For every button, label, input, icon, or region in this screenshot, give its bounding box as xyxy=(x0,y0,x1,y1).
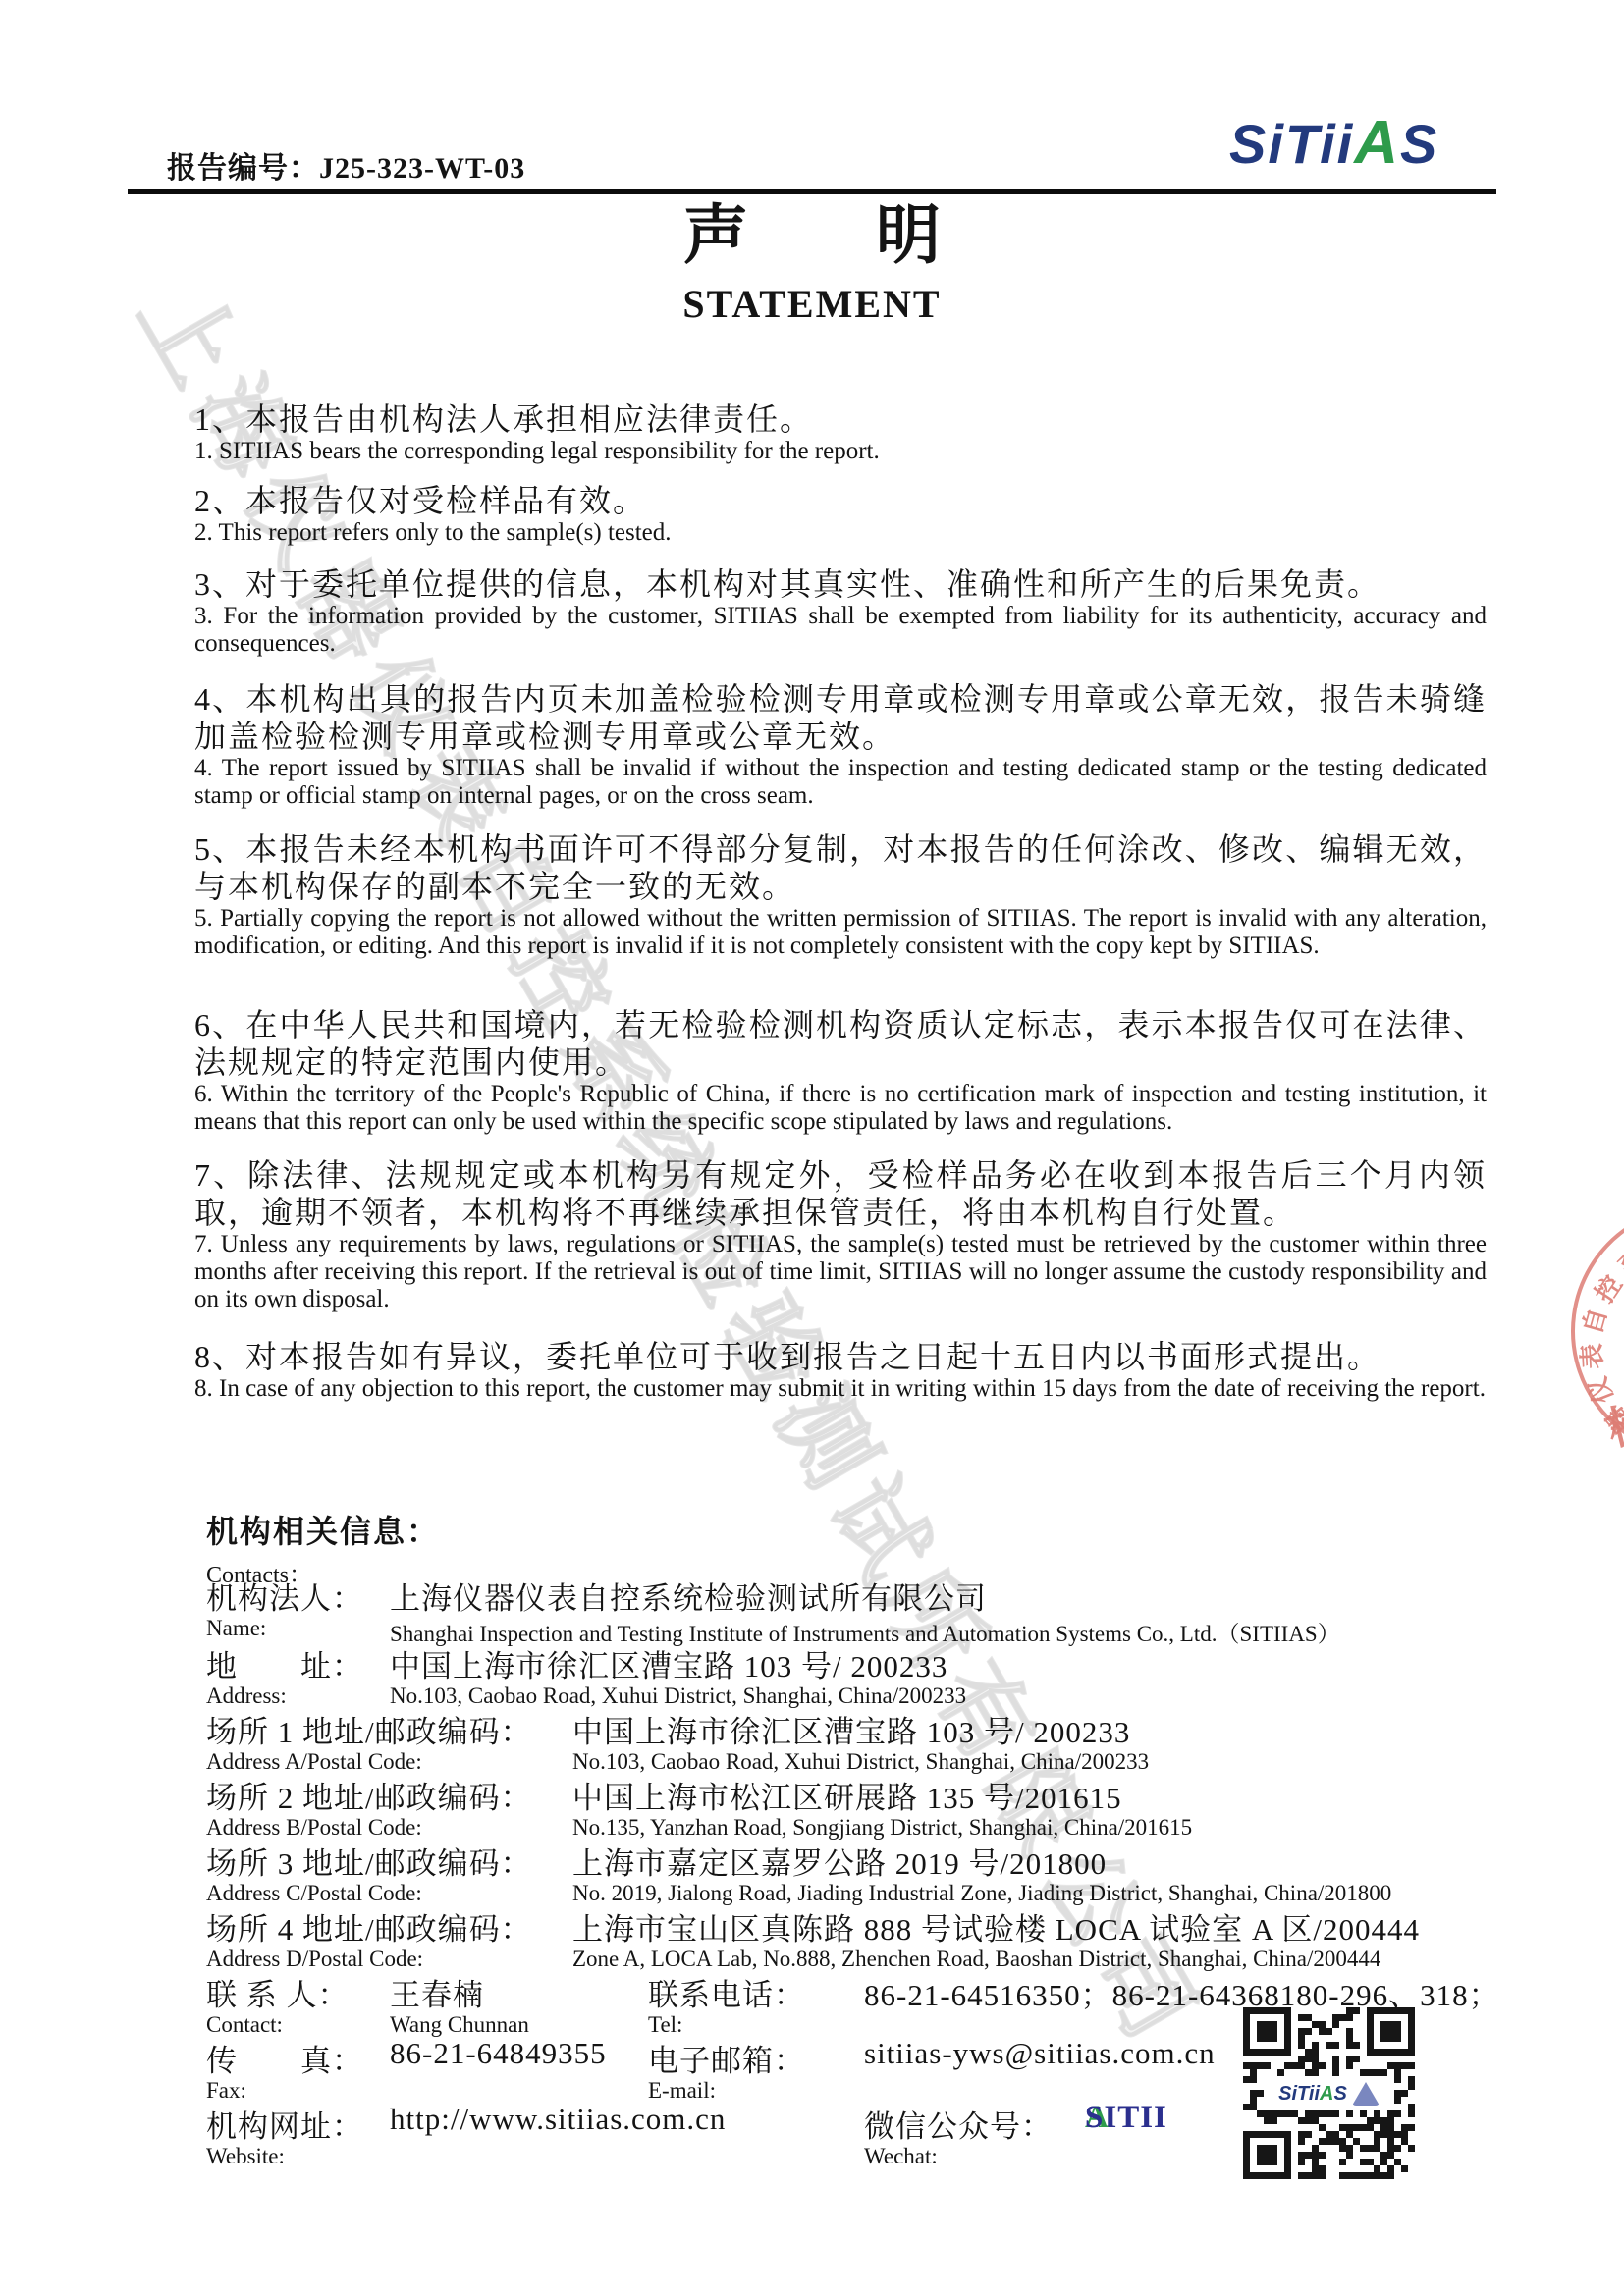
row-label: Name: xyxy=(206,1616,266,1641)
qr-finder-topright xyxy=(1367,2007,1415,2056)
row-value: 上海市嘉定区嘉罗公路 2019 号/201800 xyxy=(572,1839,1107,1883)
report-number: 报告编号：J25-323-WT-03 xyxy=(167,143,525,187)
statement-cn: 4、本机构出具的报告内页未加盖检验检测专用章或检测专用章或公章无效，报告未骑缝加… xyxy=(194,680,1487,755)
statement-en: 6. Within the territory of the People's … xyxy=(194,1081,1487,1136)
qr-logo-text: SiTiiAS xyxy=(1278,2083,1347,2106)
logo-text-pre: SiTii xyxy=(1229,113,1354,175)
contact-row-site4-cn: 场所 4 地址/邮政编码： 上海市宝山区真陈路 888 号试验楼 LOCA 试验… xyxy=(0,1904,1624,1946)
email-value: sitiias-yws@sitiias.com.cn xyxy=(864,2036,1216,2071)
statement-en: 7. Unless any requirements by laws, regu… xyxy=(194,1231,1487,1313)
page-title-en: STATEMENT xyxy=(0,281,1624,327)
statement-cn: 6、在中华人民共和国境内，若无检验检测机构资质认定标志，表示本报告仅可在法律、法… xyxy=(194,1006,1487,1081)
tel-label: 联系电话： xyxy=(648,1970,805,2014)
contact-row-site3-cn: 场所 3 地址/邮政编码： 上海市嘉定区嘉罗公路 2019 号/201800 xyxy=(0,1839,1624,1880)
statement-item-2: 2、本报告仅对受检样品有效。 2. This report refers onl… xyxy=(194,482,1487,547)
website-value: http://www.sitiias.com.cn xyxy=(390,2102,726,2137)
statement-item-1: 1、本报告由机构法人承担相应法律责任。 1. SITIIAS bears the… xyxy=(194,400,1487,465)
row-label: 机构法人： xyxy=(206,1574,363,1618)
red-seal-stamp: 上海仪器仪表自控系统检验测试所有限公司 检 xyxy=(1557,1164,1624,1502)
qr-finder-bottomleft xyxy=(1243,2131,1291,2179)
row-label: 场所 1 地址/邮政编码： xyxy=(206,1707,532,1751)
statement-en: 5. Partially copying the report is not a… xyxy=(194,905,1487,960)
row-label: 传 真： xyxy=(206,2036,363,2080)
statement-item-6: 6、在中华人民共和国境内，若无检验检测机构资质认定标志，表示本报告仅可在法律、法… xyxy=(194,1006,1487,1136)
contact-row-person-cn: 联 系 人： 王春楠 联系电话： 86-21-64516350；86-21-64… xyxy=(0,1970,1624,2011)
row-label: Contact: xyxy=(206,2012,283,2038)
row-value: 上海仪器仪表自控系统检验测试所有限公司 xyxy=(390,1574,987,1618)
email-label-en: E-mail: xyxy=(648,2078,716,2104)
logo-letter-a: A xyxy=(1354,109,1400,177)
row-label: 场所 3 地址/邮政编码： xyxy=(206,1839,532,1883)
row-value: 中国上海市松江区研展路 135 号/201615 xyxy=(572,1773,1122,1817)
row-value: Wang Chunnan xyxy=(390,2012,529,2038)
row-label: Address D/Postal Code: xyxy=(206,1947,423,1972)
tel-label-en: Tel: xyxy=(648,2012,682,2038)
row-value: No.103, Caobao Road, Xuhui District, Sha… xyxy=(390,1683,966,1709)
row-label: Address A/Postal Code: xyxy=(206,1749,422,1775)
report-number-value: J25-323-WT-03 xyxy=(319,152,525,185)
contact-row-site2-cn: 场所 2 地址/邮政编码： 中国上海市松江区研展路 135 号/201615 xyxy=(0,1773,1624,1814)
statement-en: 1. SITIIAS bears the corresponding legal… xyxy=(194,438,1487,465)
header-divider xyxy=(128,189,1496,194)
row-value: 中国上海市徐汇区漕宝路 103 号/ 200233 xyxy=(390,1641,947,1685)
report-number-label: 报告编号： xyxy=(167,152,319,185)
row-label: 地 址： xyxy=(206,1641,363,1685)
statement-page: 上海仪器仪表自控系统检验测试所有限公司 报告编号：J25-323-WT-03 S… xyxy=(0,0,1624,2296)
logo-text-post: S xyxy=(1400,113,1438,175)
page-title-cn: 声明 xyxy=(0,200,1624,269)
row-label: 场所 4 地址/邮政编码： xyxy=(206,1904,532,1949)
title-char-left: 声 xyxy=(683,198,748,271)
row-label: Address: xyxy=(206,1683,287,1709)
statement-en: 3. For the information provided by the c… xyxy=(194,603,1487,658)
row-label: Website: xyxy=(206,2144,285,2169)
wechat-qr-code: SiTiiAS xyxy=(1243,2007,1415,2179)
qr-finder-topleft xyxy=(1243,2007,1291,2056)
contacts-heading-cn: 机构相关信息： xyxy=(206,1507,440,1552)
statement-item-8: 8、对本报告如有异议，委托单位可于收到报告之日起十五日内以书面形式提出。 8. … xyxy=(194,1338,1487,1403)
qr-center-logo: SiTiiAS xyxy=(1265,2074,1393,2113)
statement-item-5: 5、本报告未经本机构书面许可不得部分复制，对本报告的任何涂改、修改、编辑无效，与… xyxy=(194,830,1487,960)
statement-cn: 3、对于委托单位提供的信息，本机构对其真实性、准确性和所产生的后果免责。 xyxy=(194,565,1487,603)
row-value: Zone A, LOCA Lab, No.888, Zhenchen Road,… xyxy=(572,1947,1380,1972)
statement-cn: 2、本报告仅对受检样品有效。 xyxy=(194,482,1487,519)
row-label: 场所 2 地址/邮政编码： xyxy=(206,1773,532,1817)
statement-item-3: 3、对于委托单位提供的信息，本机构对其真实性、准确性和所产生的后果免责。 3. … xyxy=(194,565,1487,658)
statement-cn: 7、除法律、法规规定或本机构另有规定外，受检样品务必在收到本报告后三个月内领取，… xyxy=(194,1156,1487,1231)
row-label: Fax: xyxy=(206,2078,246,2104)
statement-cn: 8、对本报告如有异议，委托单位可于收到报告之日起十五日内以书面形式提出。 xyxy=(194,1338,1487,1375)
row-label: 机构网址： xyxy=(206,2102,363,2146)
statement-en: 8. In case of any objection to this repo… xyxy=(194,1375,1487,1403)
row-value: 86-21-64849355 xyxy=(390,2036,607,2071)
row-value: 王春楠 xyxy=(390,1970,484,2014)
seal-inner-char: 检 xyxy=(1602,1396,1624,1456)
statement-item-7: 7、除法律、法规规定或本机构另有规定外，受检样品务必在收到本报告后三个月内领取，… xyxy=(194,1156,1487,1313)
contact-row-site1-cn: 场所 1 地址/邮政编码： 中国上海市徐汇区漕宝路 103 号/ 200233 xyxy=(0,1707,1624,1748)
row-value: 上海市宝山区真陈路 888 号试验楼 LOCA 试验室 A 区/200444 xyxy=(572,1904,1420,1949)
wechat-label: 微信公众号： xyxy=(864,2102,1053,2146)
statement-cn: 5、本报告未经本机构书面许可不得部分复制，对本报告的任何涂改、修改、编辑无效，与… xyxy=(194,830,1487,905)
row-value: No.103, Caobao Road, Xuhui District, Sha… xyxy=(572,1749,1149,1775)
row-label: Address B/Postal Code: xyxy=(206,1815,422,1841)
statement-en: 2. This report refers only to the sample… xyxy=(194,519,1487,547)
contact-row-name-cn: 机构法人： 上海仪器仪表自控系统检验测试所有限公司 xyxy=(0,1574,1624,1615)
statement-item-4: 4、本机构出具的报告内页未加盖检验检测专用章或检测专用章或公章无效，报告未骑缝加… xyxy=(194,680,1487,810)
sitiias-logo: SiTiiAS xyxy=(1229,114,1438,174)
row-value: 中国上海市徐汇区漕宝路 103 号/ 200233 xyxy=(572,1707,1130,1751)
row-value: No.135, Yanzhan Road, Songjiang District… xyxy=(572,1815,1192,1841)
row-value: No. 2019, Jialong Road, Jiading Industri… xyxy=(572,1881,1391,1906)
wechat-label-en: Wechat: xyxy=(864,2144,938,2169)
email-label: 电子邮箱： xyxy=(648,2036,805,2080)
statement-en: 4. The report issued by SITIIAS shall be… xyxy=(194,755,1487,810)
nepsi-badge-icon xyxy=(1352,2082,1380,2106)
row-label: Address C/Postal Code: xyxy=(206,1881,422,1906)
statement-cn: 1、本报告由机构法人承担相应法律责任。 xyxy=(194,400,1487,438)
title-char-right: 明 xyxy=(876,198,941,271)
contact-row-address-cn: 地 址： 中国上海市徐汇区漕宝路 103 号/ 200233 xyxy=(0,1641,1624,1682)
row-label: 联 系 人： xyxy=(206,1970,350,2014)
wechat-brand-post: S xyxy=(1085,2100,1104,2136)
